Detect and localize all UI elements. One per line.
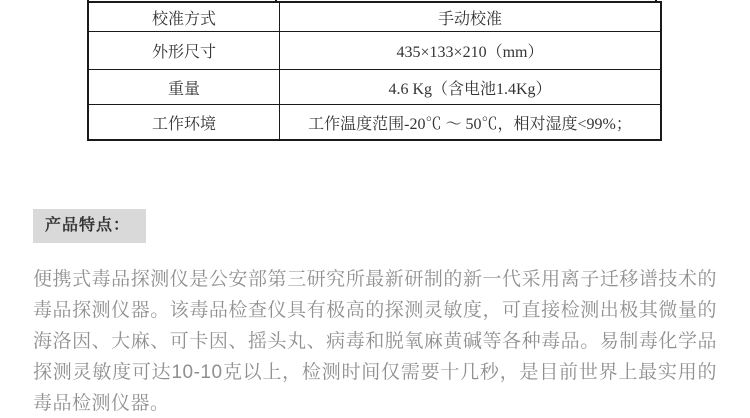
table-row: 重量 4.6 Kg（含电池1.4Kg）	[88, 70, 661, 105]
table-row: 校准方式 手动校准	[88, 2, 661, 32]
spec-label-dimensions: 外形尺寸	[88, 32, 280, 70]
spec-value-dimensions: 435×133×210（mm）	[280, 32, 662, 70]
spec-label-weight: 重量	[88, 70, 280, 105]
spec-label-environment: 工作环境	[88, 105, 280, 141]
table-row: 工作环境 工作温度范围-20℃ ～ 50℃，相对湿度<99%；	[88, 105, 661, 141]
spec-value-calibration: 手动校准	[280, 2, 662, 32]
features-section-heading: 产品特点：	[33, 209, 146, 243]
spec-label-calibration: 校准方式	[88, 2, 280, 32]
features-paragraph: 便携式毒品探测仪是公安部第三研究所最新研制的新一代采用离子迁移谱技术的毒品探测仪…	[33, 264, 717, 418]
spec-table: 校准方式 手动校准 外形尺寸 435×133×210（mm） 重量 4.6 Kg…	[87, 1, 662, 141]
spec-value-environment: 工作温度范围-20℃ ～ 50℃，相对湿度<99%；	[280, 105, 662, 141]
spec-value-weight: 4.6 Kg（含电池1.4Kg）	[280, 70, 662, 105]
table-row: 外形尺寸 435×133×210（mm）	[88, 32, 661, 70]
